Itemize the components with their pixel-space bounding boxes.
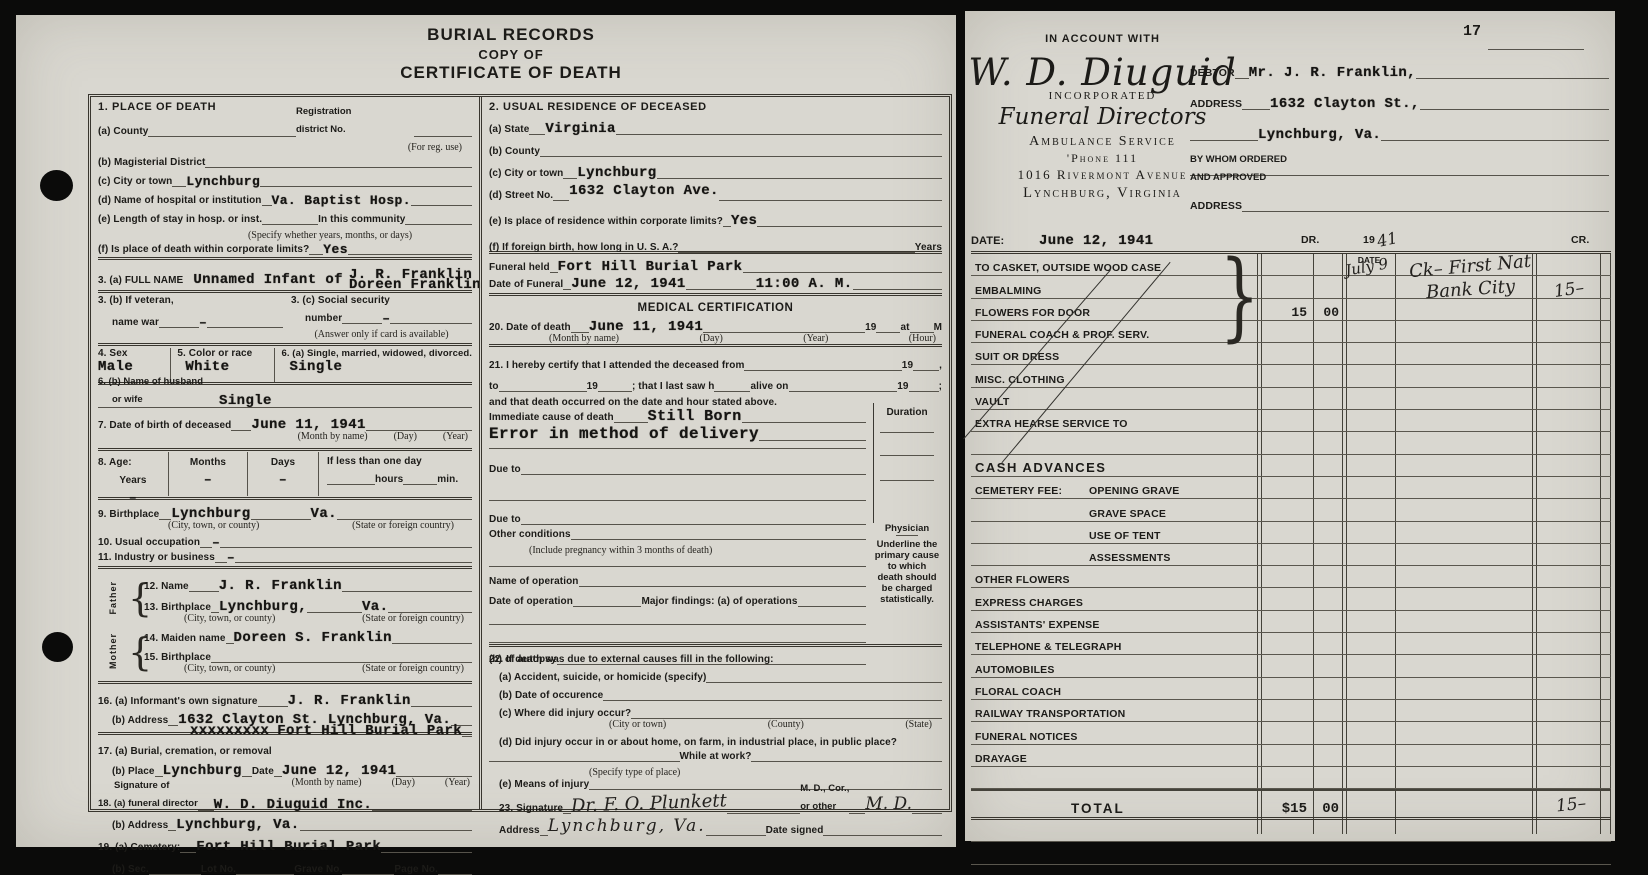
operation-label: Name of operation	[489, 576, 579, 587]
ledger-row-cemetery-fee: CEMETERY FEE:OPENING GRAVE	[971, 477, 1611, 499]
veteran-label: 3. (b) If veteran,	[98, 295, 283, 306]
father-city-hint: (City, town, or county)	[184, 613, 275, 625]
death-date-label: 20. Date of death	[489, 322, 571, 333]
md-cor-label-1: M. D., Cor.,	[800, 783, 849, 794]
ledger-row-cash-advances: CASH ADVANCES	[971, 455, 1611, 477]
ledger-page-number: 17	[1463, 23, 1481, 40]
year-handwritten: 41	[1375, 228, 1399, 251]
burial-value: Fort Hill Burial Park	[277, 723, 462, 739]
specify-place-hint: (Specify type of place)	[589, 767, 680, 778]
ledger-date-label: DATE:	[971, 235, 1004, 247]
full-name-mother: Doreen Franklin	[349, 279, 481, 291]
father-side-label: Father	[108, 581, 118, 615]
birth-year-hint: (Year)	[443, 431, 468, 444]
informant-label: 16. (a) Informant's own signature	[98, 696, 258, 707]
title-copy-of: COPY OF	[271, 47, 751, 62]
race-label: 5. Color or race	[177, 348, 274, 359]
age-label: 8. Age:	[98, 457, 132, 468]
findings-label: Major findings: (a) of operations	[641, 596, 797, 607]
certify-line1: 21. I hereby certify that I attended the…	[489, 360, 744, 371]
page-no-label: Page No.	[394, 864, 438, 875]
burial-date-label: Date	[252, 766, 274, 777]
mother-state-hint: (State or foreign country)	[362, 663, 464, 675]
certify-19a: 19	[902, 360, 913, 371]
less-than-one-day-label: If less than one day	[327, 456, 470, 467]
in-this-community-label: In this community	[318, 214, 405, 225]
burial-year-hint: (Year)	[445, 777, 470, 789]
ss-label: 3. (c) Social security	[291, 295, 472, 306]
director-value: W. D. Diuguid Inc.	[214, 797, 372, 813]
date-signed-label: Date signed	[766, 825, 824, 836]
residence-heading: 2. USUAL RESIDENCE OF DECEASED	[489, 101, 942, 113]
ledger-row-funeral-notices: FUNERAL NOTICES	[971, 722, 1611, 744]
death-at-label: at	[900, 322, 909, 333]
funeral-held-label: Funeral held	[489, 262, 550, 273]
residence-corporate-label: (e) Is place of residence within corpora…	[489, 216, 723, 227]
funeral-date-label: Date of Funeral	[489, 279, 563, 290]
ledger-row-automobiles: AUTOMOBILES	[971, 655, 1611, 677]
death-month-hint: (Month by name)	[549, 333, 619, 346]
section-parents: Father Mother { { 12. Name J. R. Frankli…	[98, 569, 472, 684]
hospital-value: Va. Baptist Hosp.	[272, 193, 411, 208]
approved-label: AND APPROVED	[1190, 172, 1266, 183]
burial-month-hint: (Month by name)	[292, 777, 362, 789]
total-dr-cents: 00	[1315, 801, 1339, 817]
duration-label: Duration	[874, 403, 940, 418]
ledger-row-other-flowers: OTHER FLOWERS	[971, 566, 1611, 588]
external-b-label: (b) Date of occurence	[499, 690, 603, 701]
certify-saw: ; that I last saw h	[632, 381, 714, 392]
father-name-label: 12. Name	[144, 581, 189, 592]
punch-hole	[42, 632, 73, 662]
external-a-label: (a) Accident, suicide, or homicide (spec…	[499, 672, 706, 683]
grave-no-label: Grave No.	[294, 864, 342, 875]
pregnancy-hint: (Include pregnancy within 3 months of de…	[529, 545, 712, 556]
medical-certification-heading: MEDICAL CERTIFICATION	[638, 302, 794, 314]
place-of-death-heading: 1. PLACE OF DEATH	[98, 101, 472, 113]
father-brace: {	[128, 576, 144, 620]
certificate-column-right: 2. USUAL RESIDENCE OF DECEASED (a) State…	[479, 97, 949, 809]
while-at-work-label: While at work?	[680, 751, 752, 762]
sex-label: 4. Sex	[98, 348, 170, 359]
ledger-row-blank	[971, 842, 1611, 864]
ledger-date-row: DATE: June 12, 1941 DR. 19 41 CR.	[971, 229, 1611, 249]
birthplace-label: 9. Birthplace	[98, 509, 159, 520]
certify-line3: and that death occurred on the date and …	[489, 397, 777, 408]
section-spouse: 6. (b) Name of husband or wife Single	[98, 385, 472, 408]
debtor-value: Mr. J. R. Franklin,	[1249, 65, 1416, 81]
length-of-stay-label: (e) Length of stay in hosp. or inst.	[98, 214, 262, 225]
other-conditions-label: Other conditions	[489, 529, 571, 540]
burial-strike-value: xxxxxxxxx	[190, 723, 269, 739]
total-cr-handwritten: 15–	[1555, 794, 1587, 817]
name-war-label: name war	[112, 317, 159, 328]
full-name-label: 3. (a) FULL NAME	[98, 275, 183, 286]
death-m-label: M	[934, 322, 942, 333]
certificate-title: BURIAL RECORDS COPY OF CERTIFICATE OF DE…	[271, 25, 751, 83]
mother-name-value: Doreen S. Franklin	[234, 630, 392, 646]
certify-alive: alive on	[750, 381, 788, 392]
spouse-value: Single	[219, 393, 272, 409]
district-no-label: district No.	[296, 124, 346, 135]
section-medical-header: MEDICAL CERTIFICATION 20. Date of death …	[489, 296, 942, 347]
lot-no-label: Lot No.	[201, 864, 236, 875]
registration-label: Registration	[296, 106, 351, 117]
external-e-label: (e) Means of injury	[499, 779, 589, 790]
ledger-row-blank	[971, 432, 1611, 454]
sec-label: (b) Sec.	[112, 864, 149, 875]
residence-street-label: (d) Street No.	[489, 190, 553, 201]
punch-hole	[40, 170, 73, 201]
ledger-row-suit: SUIT OR DRESS	[971, 343, 1611, 365]
full-name-value: Unnamed Infant of	[193, 272, 343, 288]
specify-years-hint: (Specify whether years, months, or days)	[248, 230, 412, 241]
section-birth-date: 7. Date of birth of deceased June 11, 19…	[98, 408, 472, 451]
hours-label: hours	[375, 474, 403, 485]
age-days-label: Days	[271, 457, 295, 468]
certify-comma: ,	[939, 360, 942, 371]
mother-side-label: Mother	[108, 633, 118, 669]
certify-19b: 19	[587, 381, 598, 392]
funeral-held-value: Fort Hill Burial Park	[558, 259, 743, 275]
corporate-limits-value: Yes	[323, 242, 348, 257]
ledger-row-coach: FUNERAL COACH & PROF. SERV.	[971, 321, 1611, 343]
residence-street-value: 1632 Clayton Ave.	[569, 183, 719, 199]
debtor-block: DEBTOR Mr. J. R. Franklin, ADDRESS 1632 …	[1190, 59, 1609, 212]
md-value: M. D.	[865, 794, 912, 814]
father-state-hint: (State or foreign country)	[362, 613, 464, 625]
age-months-label: Months	[190, 457, 226, 468]
physician-address-value: Lynchburg, Va.	[548, 816, 706, 836]
certify-to: to	[489, 381, 499, 392]
physician-address-label: Address	[499, 825, 540, 836]
father-birthplace-label: 13. Birthplace	[144, 602, 211, 613]
section-burial: 17. (a) Burial, cremation, or removal xx…	[98, 735, 472, 875]
due-to-2-label: Due to	[489, 514, 521, 525]
certificate-document: BURIAL RECORDS COPY OF CERTIFICATE OF DE…	[16, 15, 956, 847]
min-label: min.	[437, 474, 458, 485]
cause-value-2: Error in method of delivery	[489, 425, 759, 443]
informant-address-label: (b) Address	[112, 715, 168, 726]
mother-city-hint: (City, town, or county)	[184, 663, 275, 675]
section-certification: 21. I hereby certify that I attended the…	[489, 347, 942, 647]
funeral-time-value: 11:00 A. M.	[756, 276, 853, 292]
birthplace-state-hint: (State or foreign country)	[352, 520, 454, 533]
birthplace-city-hint: (City, town, or county)	[168, 520, 259, 533]
ledger-row-use-of-tent: USE OF TENT	[971, 522, 1611, 544]
ledger-row-railway: RAILWAY TRANSPORTATION	[971, 700, 1611, 722]
veteran-value: –	[199, 315, 207, 330]
birth-day-hint: (Day)	[394, 431, 417, 444]
foreign-birth-label: (f) If foreign birth, how long in U. S. …	[489, 242, 678, 253]
ordered-label: BY WHOM ORDERED	[1190, 154, 1287, 165]
duration-box: Duration	[873, 403, 940, 523]
md-cor-label-2: or other	[800, 801, 836, 812]
corporate-limits-label: (f) Is place of death within corporate l…	[98, 244, 309, 255]
signature-label: 23. Signature	[499, 803, 563, 814]
death-19-label: 19	[865, 322, 876, 333]
underline-note: Underline the primary cause to which dea…	[874, 539, 940, 605]
section-place-of-death: 1. PLACE OF DEATH (a) County Registratio…	[98, 99, 472, 260]
ledger-row-floral-coach: FLORAL COACH	[971, 678, 1611, 700]
flowers-dr-cents: 00	[1315, 305, 1339, 320]
industry-value: –	[227, 550, 235, 565]
section-funeral: Funeral held Fort Hill Burial Park Date …	[489, 254, 942, 296]
ledger-date-value: June 12, 1941	[1039, 233, 1153, 249]
burial-label: 17. (a) Burial, cremation, or removal	[98, 746, 272, 757]
death-day-hint: (Day)	[699, 333, 722, 346]
account-ledger-document: IN ACCOUNT WITH W. D. Diuguid INCORPORAT…	[965, 11, 1615, 841]
age-months-value: –	[204, 472, 212, 487]
city-or-town-value: Lynchburg	[186, 174, 260, 189]
director-address-label: (b) Address	[112, 820, 168, 831]
ledger-row-blank	[971, 767, 1611, 789]
external-c-label: (c) Where did injury occur?	[499, 708, 631, 719]
residence-corporate-value: Yes	[731, 213, 757, 229]
spouse-label: 6. (b) Name of husband	[98, 376, 203, 387]
injury-city-hint: (City or town)	[609, 719, 666, 732]
county-label: (a) County	[98, 126, 148, 137]
physician-note: Physician Underline the primary cause to…	[874, 523, 940, 639]
ledger-row-express: EXPRESS CHARGES	[971, 588, 1611, 610]
age-years-label: Years	[119, 475, 146, 486]
cr-column-label: CR.	[1571, 234, 1589, 246]
burial-day-hint: (Day)	[392, 777, 415, 789]
certify-semi: ;	[939, 381, 942, 392]
birth-date-label: 7. Date of birth of deceased	[98, 420, 231, 431]
certificate-form: 1. PLACE OF DEATH (a) County Registratio…	[88, 94, 952, 812]
for-reg-use-hint: (For reg. use)	[408, 142, 462, 153]
ledger-row-vault: VAULT	[971, 388, 1611, 410]
page-number-line	[1488, 49, 1584, 50]
physician-signature: Dr. F. O. Plunkett	[571, 790, 727, 816]
ledger-row-telephone: TELEPHONE & TELEGRAPH	[971, 633, 1611, 655]
funeral-date-value: June 12, 1941	[571, 276, 685, 292]
ledger-row-grave-space: GRAVE SPACE	[971, 499, 1611, 521]
section-age: 8. Age: Years – Months – Days – If less …	[98, 451, 472, 500]
section-birthplace-occupation: 9. Birthplace Lynchburg Va. (City, town,…	[98, 500, 472, 569]
title-certificate-of-death: CERTIFICATE OF DEATH	[271, 63, 751, 83]
industry-label: 11. Industry or business	[98, 552, 215, 563]
ordered-address-label: ADDRESS	[1190, 200, 1242, 212]
age-days-value: –	[279, 472, 287, 487]
debtor-address-label: ADDRESS	[1190, 98, 1242, 110]
occupation-label: 10. Usual occupation	[98, 537, 200, 548]
mother-birthplace-label: 15. Birthplace	[144, 652, 211, 663]
residence-state-value: Virginia	[545, 121, 615, 137]
ledger-row-total: TOTAL $15 00 15–	[971, 789, 1611, 820]
ss-card-hint: (Answer only if card is available)	[314, 329, 448, 340]
birthplace-state-value: Va.	[311, 506, 337, 522]
year-19-label: 19	[1363, 234, 1375, 246]
ledger-row-assessments: ASSESSMENTS	[971, 544, 1611, 566]
ledger-row-drayage: DRAYAGE	[971, 745, 1611, 767]
physician-label: Physician	[874, 523, 940, 534]
section-veteran-ss: 3. (b) If veteran, name war – 3. (c) Soc…	[98, 293, 472, 346]
certify-19c: 19	[897, 381, 908, 392]
title-burial-records: BURIAL RECORDS	[271, 25, 751, 45]
external-d-label: (d) Did injury occur in or about home, o…	[499, 737, 897, 748]
hospital-label: (d) Name of hospital or institution	[98, 195, 262, 206]
occupation-value: –	[212, 535, 220, 550]
cemetery-value: Fort Hill Burial Park	[196, 839, 381, 855]
ss-number-label: number	[305, 313, 342, 324]
due-to-label: Due to	[489, 464, 521, 475]
birth-month-hint: (Month by name)	[298, 431, 368, 444]
death-hour-hint: (Hour)	[909, 333, 936, 346]
cause-label: Immediate cause of death	[489, 412, 614, 423]
ledger-row-blank	[971, 820, 1611, 842]
informant-value: J. R. Franklin	[288, 693, 411, 709]
city-or-town-label: (c) City or town	[98, 176, 172, 187]
certificate-column-left: 1. PLACE OF DEATH (a) County Registratio…	[91, 97, 479, 809]
cemetery-label: 19. (a) Cemetery:	[98, 842, 180, 853]
items-brace: }	[1220, 240, 1260, 352]
handwritten-cr-amount: 15–	[1553, 278, 1586, 302]
total-dr-dollars: $15	[1259, 801, 1307, 817]
debtor-address-value: 1632 Clayton St.,	[1270, 96, 1420, 112]
injury-state-hint: (State)	[905, 719, 932, 732]
in-account-with-label: IN ACCOUNT WITH	[965, 33, 1240, 45]
ledger-row-assistants: ASSISTANTS' EXPENSE	[971, 611, 1611, 633]
director-label-1: Signature of	[98, 780, 169, 791]
debtor-address-value-2: Lynchburg, Va.	[1258, 127, 1381, 143]
ledger-table: DATE TO CASKET, OUTSIDE WOOD CASE EMBALM…	[971, 251, 1611, 834]
residence-county-label: (b) County	[489, 146, 540, 157]
director-address-value: Lynchburg, Va.	[176, 817, 299, 833]
debtor-label: DEBTOR	[1190, 67, 1235, 79]
spouse-label-2: or wife	[98, 394, 143, 405]
ledger-row-hearse: EXTRA HEARSE SERVICE TO	[971, 410, 1611, 432]
dr-column-label: DR.	[1301, 234, 1319, 246]
residence-city-value: Lynchburg	[577, 165, 656, 181]
residence-city-label: (c) City or town	[489, 168, 563, 179]
mother-brace: {	[128, 630, 144, 674]
section-residence: 2. USUAL RESIDENCE OF DECEASED (a) State…	[489, 99, 942, 254]
autopsy-label: (b) of autopsy	[489, 654, 557, 665]
age-years-value: –	[129, 490, 137, 505]
residence-state-label: (a) State	[489, 124, 529, 135]
marital-label: 6. (a) Single, married, widowed, divorce…	[281, 348, 472, 359]
section-external-causes: 22. If death was due to external causes …	[489, 647, 942, 831]
flowers-dr-dollars: 15	[1261, 305, 1307, 320]
death-year-hint: (Year)	[803, 333, 828, 346]
op-date-label: Date of operation	[489, 596, 573, 607]
foreign-years-label: Years	[915, 242, 942, 253]
injury-county-hint: (County)	[768, 719, 804, 732]
father-name-value: J. R. Franklin	[219, 578, 342, 594]
section-full-name: 3. (a) FULL NAME Unnamed Infant of J. R.…	[98, 260, 472, 293]
mother-name-label: 14. Maiden name	[144, 633, 226, 644]
magisterial-district-label: (b) Magisterial District	[98, 157, 205, 168]
marital-value: Single	[281, 359, 472, 375]
cause-value: Still Born	[648, 408, 742, 425]
director-label-2: 18. (a) funeral director	[98, 798, 198, 809]
